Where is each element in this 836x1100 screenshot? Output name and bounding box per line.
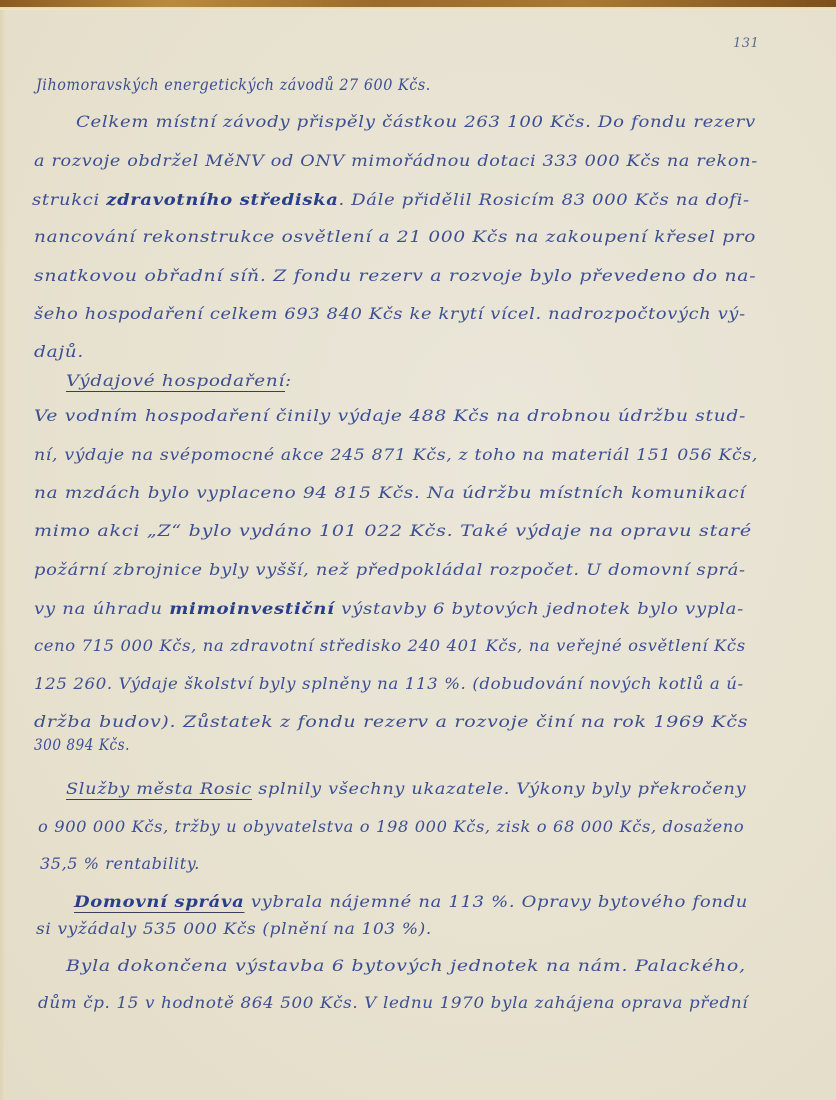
- text-segment: si vyžádaly 535 000 Kčs (plnění na 103 %…: [36, 920, 432, 938]
- text-segment: splnily všechny ukazatele. Výkony byly p…: [252, 780, 746, 798]
- text-segment: o 900 000 Kčs, tržby u obyvatelstva o 19…: [38, 818, 744, 836]
- handwritten-line: dajů.: [34, 343, 84, 361]
- text-segment: mimo akci „Z“ bylo vydáno 101 022 Kčs. T…: [34, 522, 752, 540]
- handwritten-line: držba budov). Zůstatek z fondu rezerv a …: [34, 713, 748, 731]
- handwritten-line: Jihomoravských energetických závodů 27 6…: [36, 76, 431, 94]
- text-segment: výstavby 6 bytových jednotek bylo vypla-: [335, 600, 744, 618]
- handwritten-line: ceno 715 000 Kčs, na zdravotní středisko…: [34, 637, 746, 655]
- text-segment: Ve vodním hospodaření činily výdaje 488 …: [34, 407, 746, 425]
- text-segment: 125 260. Výdaje školství byly splněny na…: [34, 675, 744, 693]
- handwritten-line: dům čp. 15 v hodnotě 864 500 Kčs. V ledn…: [38, 994, 748, 1012]
- section-heading: Domovní správa: [74, 892, 244, 911]
- handwritten-line: strukci zdravotního střediska. Dále přid…: [32, 190, 750, 209]
- text-segment: Byla dokončena výstavba 6 bytových jedno…: [66, 957, 746, 975]
- handwritten-line: 35,5 % rentability.: [40, 855, 200, 873]
- handwritten-line: 125 260. Výdaje školství byly splněny na…: [34, 675, 744, 693]
- text-segment: a rozvoje obdržel MěNV od ONV mimořádnou…: [34, 152, 758, 170]
- text-segment: dům čp. 15 v hodnotě 864 500 Kčs. V ledn…: [38, 994, 748, 1012]
- text-segment: šeho hospodaření celkem 693 840 Kčs ke k…: [34, 305, 746, 323]
- text-segment: požární zbrojnice byly vyšší, než předpo…: [34, 561, 746, 579]
- handwritten-line: o 900 000 Kčs, tržby u obyvatelstva o 19…: [38, 818, 744, 836]
- text-segment: na mzdách bylo vyplaceno 94 815 Kčs. Na …: [34, 484, 746, 502]
- text-segment: 300 894 Kčs.: [34, 736, 130, 754]
- text-segment: snatkovou obřadní síň. Z fondu rezerv a …: [34, 267, 756, 285]
- handwritten-line: nancování rekonstrukce osvětlení a 21 00…: [34, 228, 756, 246]
- text-segment: držba budov). Zůstatek z fondu rezerv a …: [34, 713, 748, 731]
- handwritten-line: Domovní správa vybrala nájemné na 113 %.…: [74, 892, 748, 911]
- text-segment: :: [285, 372, 292, 390]
- handwritten-line: Ve vodním hospodaření činily výdaje 488 …: [34, 407, 746, 425]
- handwritten-line: na mzdách bylo vyplaceno 94 815 Kčs. Na …: [34, 484, 746, 502]
- text-segment: ceno 715 000 Kčs, na zdravotní středisko…: [34, 637, 746, 655]
- text-segment: . Dále přidělil Rosicím 83 000 Kčs na do…: [339, 191, 750, 209]
- handwritten-line: 300 894 Kčs.: [34, 736, 130, 754]
- text-segment: nancování rekonstrukce osvětlení a 21 00…: [34, 228, 756, 246]
- handwritten-line: si vyžádaly 535 000 Kčs (plnění na 103 %…: [36, 920, 432, 938]
- book-binding-edge: [0, 0, 836, 7]
- text-segment: vy na úhradu: [34, 600, 169, 618]
- handwritten-line: šeho hospodaření celkem 693 840 Kčs ke k…: [34, 305, 746, 323]
- handwritten-line: mimo akci „Z“ bylo vydáno 101 022 Kčs. T…: [34, 522, 752, 540]
- text-segment: zdravotního střediska: [106, 190, 338, 209]
- page-edge-shadow: [0, 10, 6, 1100]
- handwritten-line: ní, výdaje na svépomocné akce 245 871 Kč…: [34, 446, 758, 464]
- page-number: 131: [733, 36, 759, 51]
- handwritten-line: a rozvoje obdržel MěNV od ONV mimořádnou…: [34, 152, 758, 170]
- text-segment: ní, výdaje na svépomocné akce 245 871 Kč…: [34, 446, 758, 464]
- text-segment: dajů.: [34, 343, 84, 361]
- handwritten-line: Byla dokončena výstavba 6 bytových jedno…: [66, 957, 746, 975]
- text-segment: mimoinvestiční: [169, 599, 335, 618]
- handwritten-line: Výdajové hospodaření:: [66, 372, 292, 390]
- section-heading: Služby města Rosic: [66, 780, 252, 798]
- text-segment: vybrala nájemné na 113 %. Opravy bytovéh…: [244, 893, 748, 911]
- handwritten-line: vy na úhradu mimoinvestiční výstavby 6 b…: [34, 599, 744, 618]
- text-segment: strukci: [32, 191, 106, 209]
- section-heading: Výdajové hospodaření: [66, 372, 285, 390]
- handwritten-line: Celkem místní závody přispěly částkou 26…: [76, 113, 756, 131]
- handwritten-line: snatkovou obřadní síň. Z fondu rezerv a …: [34, 267, 756, 285]
- handwritten-line: Služby města Rosic splnily všechny ukaza…: [66, 780, 746, 798]
- text-segment: 35,5 % rentability.: [40, 855, 200, 873]
- handwritten-line: požární zbrojnice byly vyšší, než předpo…: [34, 561, 746, 579]
- text-segment: Jihomoravských energetických závodů 27 6…: [36, 76, 431, 94]
- text-segment: Celkem místní závody přispěly částkou 26…: [76, 113, 756, 131]
